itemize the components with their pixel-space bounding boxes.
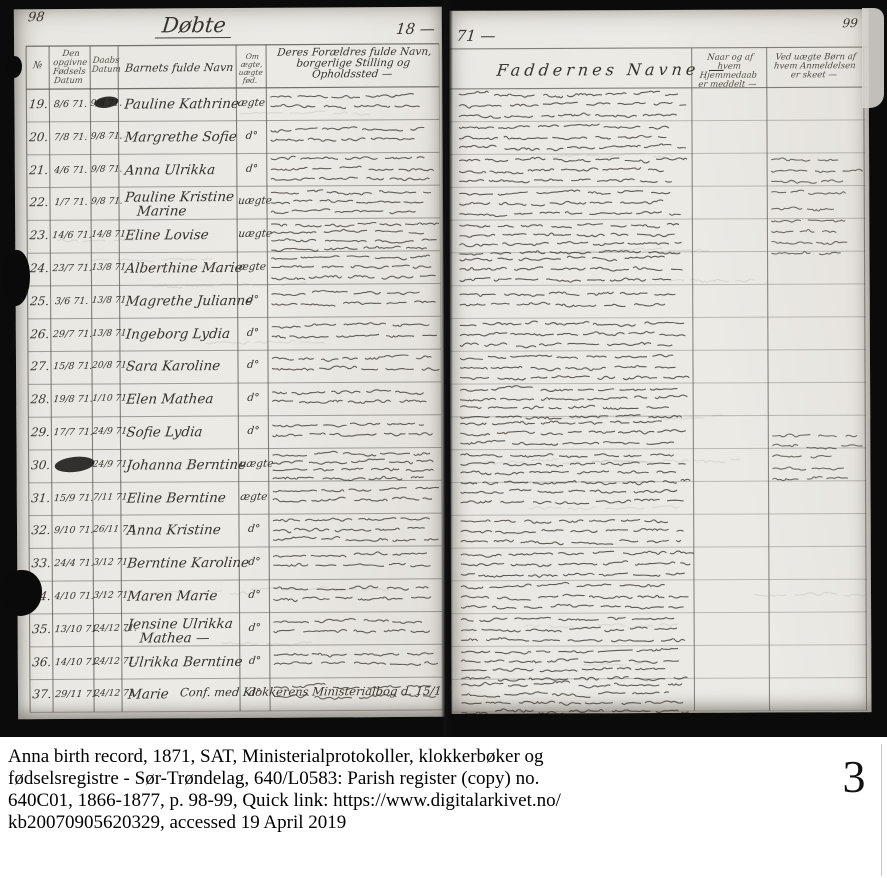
handwritten-script-line xyxy=(592,459,740,463)
handwritten-script-line xyxy=(272,390,424,396)
handwritten-script-line xyxy=(461,701,683,706)
table-rule xyxy=(449,218,865,220)
plate-number: 3 xyxy=(834,750,874,803)
handwritten-script-line xyxy=(271,126,425,132)
child-name-line2: Marine xyxy=(136,205,187,219)
table-rule xyxy=(864,47,867,710)
handwritten-script-line xyxy=(273,527,425,532)
handwritten-script-line xyxy=(459,157,687,164)
row-number: 25. xyxy=(29,295,50,308)
table-rule xyxy=(90,46,94,712)
table-rule xyxy=(236,45,240,711)
row-number: 20. xyxy=(28,131,49,144)
col-header-illegitimate-report: Ved uægte Børn af hvem Anmeldelsen er sk… xyxy=(769,53,860,80)
handwritten-script-line xyxy=(461,594,688,601)
book-gutter-shadow xyxy=(441,0,453,737)
handwritten-script-line xyxy=(272,355,432,362)
handwritten-script-line xyxy=(459,90,678,98)
baptism-date: 1/10 71. xyxy=(92,395,123,405)
handwritten-script-line xyxy=(271,138,415,142)
table-rule xyxy=(27,251,440,254)
handwritten-script-line xyxy=(270,104,419,110)
child-name: Marie xyxy=(127,688,169,702)
handwritten-script-line xyxy=(460,331,685,337)
birth-date: 7/8 71. xyxy=(51,133,90,143)
handwritten-script-line xyxy=(459,135,666,140)
handwritten-script-line xyxy=(272,301,436,307)
table-rule xyxy=(266,45,270,711)
table-rule xyxy=(449,153,865,155)
handwritten-script-line xyxy=(525,623,678,628)
child-name: Ulrikka Berntine xyxy=(127,655,243,670)
handwritten-script-line xyxy=(528,506,679,510)
handwritten-script-line xyxy=(460,375,689,380)
handwritten-script-line xyxy=(273,451,431,457)
handwritten-script-line xyxy=(271,229,424,235)
row-number: 21. xyxy=(28,164,49,177)
legitimacy-status: d° xyxy=(237,163,266,174)
birth-date: 1/7 71. xyxy=(52,198,91,208)
handwritten-script-line xyxy=(459,233,674,238)
handwritten-script-line xyxy=(271,238,436,244)
birth-date: 29/7 71. xyxy=(52,329,91,339)
handwritten-script-line xyxy=(772,467,843,470)
baptism-date: 14/8 71. xyxy=(91,231,122,241)
handwritten-script-line xyxy=(272,322,430,328)
birth-date: 14/10 71. xyxy=(54,657,93,667)
handwritten-script-line xyxy=(772,455,831,458)
legitimacy-status: uægte xyxy=(239,459,268,470)
handwritten-script-line xyxy=(460,385,677,392)
handwritten-script-line xyxy=(272,399,426,404)
handwritten-script-line xyxy=(271,222,439,227)
legitimacy-status: d° xyxy=(237,131,266,142)
legitimacy-status: d° xyxy=(238,295,267,306)
right-page-ruling-and-script xyxy=(448,9,871,714)
handwritten-script-line xyxy=(271,166,434,172)
table-rule xyxy=(450,317,866,319)
handwritten-script-line xyxy=(460,266,683,271)
handwritten-script-line xyxy=(461,499,684,505)
col-header-baptized: Daabs Datum xyxy=(91,57,117,75)
year-fragment-right: 71 — xyxy=(456,29,496,45)
handwritten-script-line xyxy=(270,94,413,99)
birth-date: 24/4 71. xyxy=(54,559,93,569)
scan-edge-artifact xyxy=(881,744,882,876)
child-name: Eline Berntine xyxy=(126,491,226,506)
child-name: Maren Marie xyxy=(127,589,218,604)
col-header-parents: Deres Forældres fulde Navn, borgerlige S… xyxy=(271,47,436,81)
table-rule xyxy=(451,579,867,581)
table-rule xyxy=(30,710,443,713)
col-header-legitimacy: Om ægte, uægte fød. xyxy=(236,53,267,85)
table-rule xyxy=(29,513,442,516)
col-header-home-baptism: Naar og af hvem Hjemmedaab er meddelt — xyxy=(694,54,764,90)
table-rule xyxy=(451,513,867,515)
handwritten-script-line xyxy=(460,320,684,327)
birth-date: 14/6 71. xyxy=(52,231,91,241)
caption-line: kb20070905620329, accessed 19 April 2019 xyxy=(8,812,633,834)
handwritten-script-line xyxy=(272,432,432,436)
table-rule xyxy=(28,316,441,319)
baptism-date: 24/9 71. xyxy=(92,460,123,470)
birth-date: 3/6 71. xyxy=(52,297,91,307)
handwritten-script-line xyxy=(272,423,424,428)
table-rule xyxy=(28,415,441,418)
legitimacy-status: d° xyxy=(238,360,267,371)
table-rule xyxy=(28,349,441,352)
baptism-date: 13/8 71. xyxy=(91,329,122,339)
birth-date: 15/9 71. xyxy=(53,493,92,503)
handwritten-script-line xyxy=(272,365,439,371)
handwritten-script-line xyxy=(461,519,668,524)
row-number: 27. xyxy=(29,360,50,373)
handwritten-script-line xyxy=(460,430,685,436)
row-number: 31. xyxy=(30,492,51,505)
table-rule xyxy=(30,644,443,647)
table-rule xyxy=(29,480,442,483)
table-rule xyxy=(30,612,443,615)
table-rule xyxy=(451,645,867,647)
handwritten-script-line xyxy=(460,342,672,348)
child-name: Anna Kristine xyxy=(126,523,221,538)
handwritten-script-line xyxy=(460,405,669,410)
row-number: 28. xyxy=(30,393,51,406)
handwritten-script-line xyxy=(273,586,428,591)
handwritten-script-line xyxy=(459,179,672,184)
register-page-right: 71 — 99 Faddernes Navne — Naar og af hve… xyxy=(448,9,871,714)
handwritten-script-line xyxy=(273,459,434,465)
handwritten-script-line xyxy=(273,487,439,492)
legitimacy-status: d° xyxy=(240,557,269,568)
handwritten-script-line xyxy=(771,220,845,222)
handwritten-script-line xyxy=(460,453,673,458)
table-rule xyxy=(27,120,440,123)
page-curl-edge xyxy=(862,8,884,108)
birth-date: 4/6 71. xyxy=(51,165,90,175)
handwritten-script-line xyxy=(459,123,669,129)
handwritten-script-line xyxy=(461,617,674,622)
baptism-date: 24/12 71. xyxy=(93,624,124,634)
baptism-date: 7/11 71. xyxy=(92,493,123,503)
birth-date: 17/7 71. xyxy=(53,428,92,438)
handwritten-script-line xyxy=(273,596,431,601)
handwritten-script-line xyxy=(460,277,672,283)
table-rule xyxy=(449,186,865,188)
handwritten-script-line xyxy=(772,434,857,437)
table-rule xyxy=(450,284,866,286)
birth-date: 8/6 71. xyxy=(51,100,90,110)
handwritten-script-line xyxy=(773,476,848,480)
child-name: Alberthine Marie xyxy=(125,261,244,276)
handwritten-script-line xyxy=(461,539,681,545)
table-rule xyxy=(49,46,53,712)
baptism-date: 9/8 71. xyxy=(90,165,121,175)
year-fragment-left: 18 — xyxy=(395,22,435,38)
handwritten-script-line xyxy=(271,199,423,204)
baptism-date: 24/12 71. xyxy=(93,657,124,667)
handwritten-script-line xyxy=(670,279,754,282)
table-rule xyxy=(449,87,869,89)
legitimacy-status: d° xyxy=(239,524,268,535)
handwritten-script-line xyxy=(460,470,676,475)
row-number: 37. xyxy=(31,688,52,701)
handwritten-script-line xyxy=(273,517,430,521)
col-header-no: № xyxy=(27,61,49,72)
handwritten-script-line xyxy=(459,241,681,247)
handwritten-script-line xyxy=(771,241,847,245)
row-number: 35. xyxy=(31,623,52,636)
legitimacy-status: d° xyxy=(239,393,268,404)
handwritten-script-line xyxy=(274,653,434,658)
baptism-date: 3/12 71. xyxy=(93,559,124,569)
handwritten-script-line xyxy=(459,167,664,174)
table-rule xyxy=(449,120,865,122)
handwritten-script-line xyxy=(273,552,427,558)
table-rule xyxy=(451,612,867,614)
handwritten-script-line xyxy=(771,169,862,173)
handwritten-script-line xyxy=(461,528,684,533)
handwritten-script-line xyxy=(461,561,691,567)
handwritten-script-line xyxy=(459,113,677,119)
col-header-child-name: Barnets fulde Navn xyxy=(124,62,235,74)
table-rule xyxy=(28,382,441,385)
child-name: Eline Lovise xyxy=(125,228,210,243)
handwritten-script-line xyxy=(271,177,430,182)
table-rule xyxy=(29,546,442,549)
row-number: 33. xyxy=(31,557,52,570)
handwritten-script-line xyxy=(461,680,682,688)
handwritten-script-line xyxy=(460,256,665,262)
handwritten-script-line xyxy=(460,395,687,401)
child-name: Elen Mathea xyxy=(126,392,215,407)
row-number: 24. xyxy=(29,262,50,275)
row-number: 29. xyxy=(30,426,51,439)
caption: Anna birth record, 1871, SAT, Ministeria… xyxy=(8,746,633,834)
screenshot-frame: 98 Døbte 18 — № Den opgivne Fødsels Datu… xyxy=(0,0,887,878)
table-rule xyxy=(449,47,869,49)
handwritten-script-line xyxy=(273,468,434,473)
baptism-date: 24/12 71. xyxy=(94,690,125,700)
handwritten-script-line xyxy=(273,536,438,542)
handwritten-script-line xyxy=(461,658,679,664)
handwritten-script-line xyxy=(461,582,665,589)
table-rule xyxy=(27,185,440,188)
handwritten-script-line xyxy=(754,592,867,597)
handwritten-script-line xyxy=(240,111,370,116)
handwritten-script-line xyxy=(271,155,425,160)
table-rule xyxy=(30,677,443,680)
table-rule xyxy=(450,448,866,450)
legitimacy-status: ægte xyxy=(237,98,266,109)
handwritten-script-line xyxy=(461,637,685,643)
handwritten-script-line xyxy=(771,158,838,162)
table-rule xyxy=(29,579,442,582)
baptism-date: 9/8 71. xyxy=(90,132,121,142)
handwritten-script-line xyxy=(460,421,662,426)
handwritten-script-line xyxy=(271,275,435,280)
handwritten-script-line xyxy=(461,667,665,672)
child-name: Johanna Berntine xyxy=(126,458,247,473)
caption-line: Anna birth record, 1871, SAT, Ministeria… xyxy=(8,746,633,768)
birth-date: 23/7 71. xyxy=(52,264,91,274)
legitimacy-status: d° xyxy=(240,623,269,634)
row-number: 19. xyxy=(28,98,49,111)
handwritten-script-line xyxy=(771,180,843,184)
handwritten-script-line xyxy=(461,691,668,698)
page-title: Døbte xyxy=(155,14,233,39)
handwritten-script-line xyxy=(460,365,676,371)
handwritten-script-line xyxy=(273,563,430,568)
table-rule xyxy=(450,382,866,384)
baptism-date: 3/12 71. xyxy=(93,592,124,602)
child-name-line2: Mathea — xyxy=(139,631,210,646)
legitimacy-status: d° xyxy=(240,655,269,666)
table-rule xyxy=(451,546,867,548)
row-number: 32. xyxy=(30,524,51,537)
handwritten-script-line xyxy=(459,102,686,108)
baptism-date: 9/8 71. xyxy=(91,198,122,208)
document-scan: 98 Døbte 18 — № Den opgivne Fødsels Datu… xyxy=(0,0,887,737)
col-header-born: Den opgivne Fødsels Datum xyxy=(49,50,90,86)
handwritten-script-line xyxy=(274,661,438,666)
row-number: 23. xyxy=(29,229,50,242)
child-name: Ingeborg Lydia xyxy=(125,327,231,342)
child-name: Sara Karoline xyxy=(125,359,221,374)
child-name: Magrethe Julianne xyxy=(125,294,254,309)
handwritten-script-line xyxy=(771,207,834,211)
baptism-date: 13/8 71. xyxy=(91,264,122,274)
baptism-date: 24/9 71. xyxy=(92,428,123,438)
row-number: 26. xyxy=(29,328,50,341)
birth-date: 29/11 71. xyxy=(55,690,94,700)
table-rule xyxy=(450,350,866,352)
handwritten-script-line xyxy=(459,200,663,206)
caption-line: fødselsregistre - Sør-Trøndelag, 640/L05… xyxy=(8,768,633,790)
handwritten-script-line xyxy=(272,290,420,296)
birth-date: 13/10 71. xyxy=(54,625,93,635)
handwritten-script-line xyxy=(460,302,665,308)
page-number-left: 98 xyxy=(27,11,45,25)
legitimacy-status: d° xyxy=(240,590,269,601)
legitimacy-status: ægte xyxy=(239,491,268,502)
handwritten-script-line xyxy=(771,229,836,233)
row-number: 22. xyxy=(28,196,49,209)
footer-conferral-note: Conf. med Klokkerens Ministerialbog d. 1… xyxy=(179,685,464,699)
baptism-date: 26/11 71. xyxy=(93,526,124,536)
child-name: Pauline Kathrine xyxy=(124,97,240,112)
handwritten-script-line xyxy=(460,440,674,446)
handwritten-script-line xyxy=(273,497,432,503)
handwritten-script-line xyxy=(459,190,670,196)
caption-line: 640C01, 1866-1877, p. 98-99, Quick link:… xyxy=(8,790,633,812)
birth-date: 15/8 71. xyxy=(53,362,92,372)
handwritten-script-line xyxy=(459,211,680,217)
row-number: 30. xyxy=(30,459,51,472)
handwritten-script-line xyxy=(461,573,685,578)
handwritten-script-line xyxy=(271,255,429,261)
birth-date: 4/10 71. xyxy=(54,592,93,602)
handwritten-script-line xyxy=(461,551,694,557)
child-name: Sofie Lydia xyxy=(126,425,203,440)
table-rule xyxy=(27,152,440,155)
handwritten-script-line xyxy=(461,648,678,654)
legitimacy-status: d° xyxy=(239,426,268,437)
row-number: 36. xyxy=(31,656,52,669)
table-rule xyxy=(26,87,439,90)
page-number-right: 99 xyxy=(842,17,859,30)
table-rule xyxy=(692,48,695,711)
table-rule xyxy=(118,46,122,712)
handwritten-script-line xyxy=(459,223,679,228)
handwritten-script-line xyxy=(461,604,684,610)
handwritten-script-line xyxy=(461,489,678,494)
child-name: Berntine Karoline xyxy=(127,556,250,571)
legitimacy-status: d° xyxy=(238,327,267,338)
handwritten-script-line xyxy=(271,208,415,214)
legitimacy-status: uægte xyxy=(238,229,267,240)
child-name: Margrethe Sofie xyxy=(124,130,238,145)
child-name: Anna Ulrikka xyxy=(124,163,216,178)
handwritten-script-line xyxy=(460,292,676,297)
baptism-date: 20/8 71. xyxy=(92,362,123,372)
birth-date: 9/10 71. xyxy=(54,526,93,536)
handwritten-script-line xyxy=(274,618,422,624)
baptism-date: 13/8 71. xyxy=(91,296,122,306)
legitimacy-status: ægte xyxy=(238,262,267,273)
table-rule xyxy=(767,48,770,711)
table-rule xyxy=(29,448,442,451)
legitimacy-status: uægte xyxy=(237,196,266,207)
handwritten-script-line xyxy=(271,189,431,195)
handwritten-script-line xyxy=(274,629,430,634)
handwritten-script-line xyxy=(459,144,686,151)
table-rule xyxy=(27,218,440,221)
birth-date: 19/8 71. xyxy=(53,395,92,405)
register-page-left: 98 Døbte 18 — № Den opgivne Fødsels Datu… xyxy=(14,7,446,720)
handwritten-script-line xyxy=(272,334,437,338)
handwritten-script-line xyxy=(771,190,845,195)
handwritten-script-line xyxy=(271,265,431,269)
handwritten-script-line xyxy=(460,354,673,359)
